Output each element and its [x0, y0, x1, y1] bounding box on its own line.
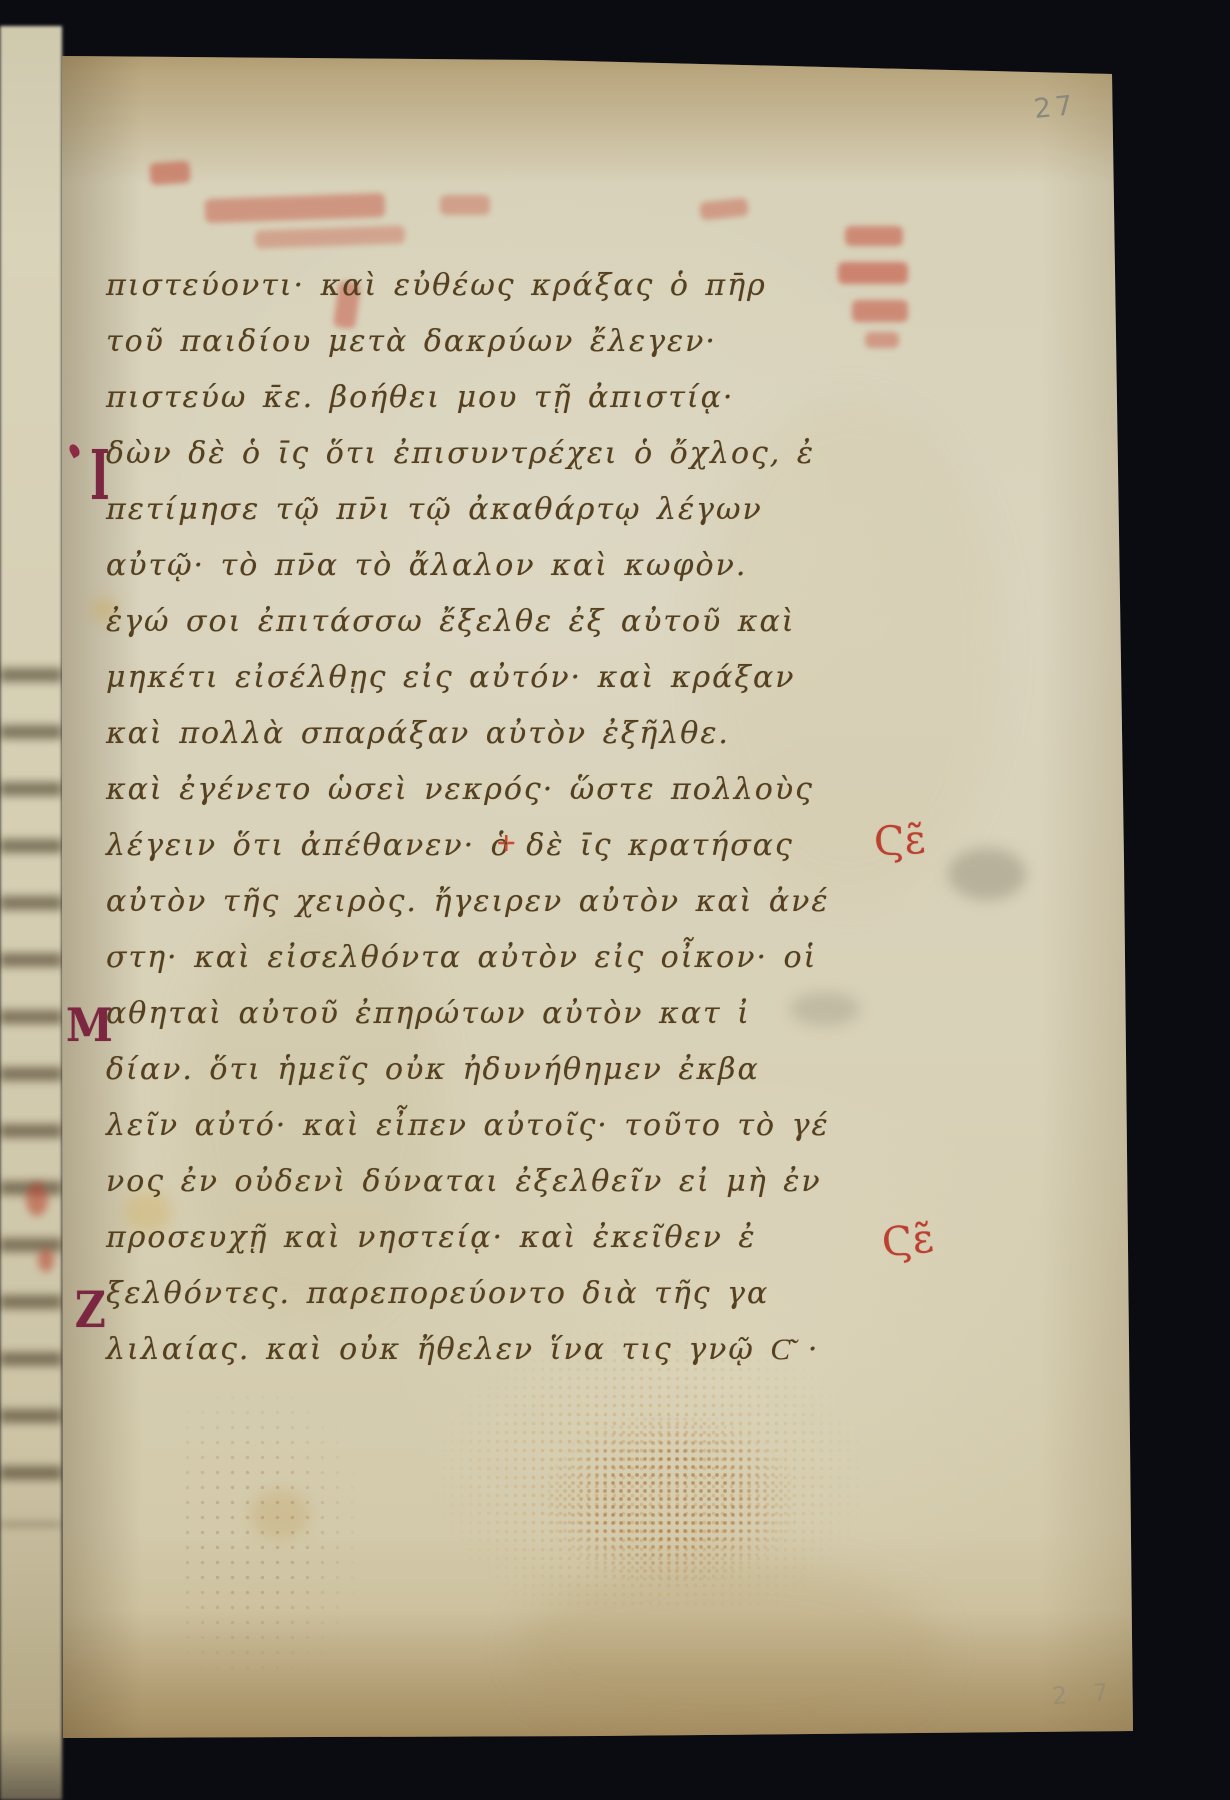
text-line: μηκέτι εἰσέλθῃς εἰς αὐτόν· καὶ κράξαν [106, 660, 866, 716]
text-block: πιστεύοντι· καὶ εὐθέως κράξας ὁ πη̄ρτοῦ … [106, 268, 866, 1388]
manuscript-photo: 27 2 7 πιστεύοντι· καὶ εὐθέως κράξας ὁ π… [0, 0, 1230, 1800]
folio-number: 27 [1032, 90, 1077, 125]
page-edge-browning-top [62, 56, 1118, 186]
initial-apex-mark [67, 443, 81, 459]
text-line: δὼν δὲ ὁ ῑς ὅτι ἐπισυντρέχει ὁ ὄχλος, ἐ [106, 436, 866, 492]
wax-stain [250, 1490, 310, 1540]
initial-letter-iota: Ι [90, 436, 110, 516]
marginal-section-mark: Ϛε̃ [880, 1215, 936, 1266]
ink-offset-smudge [149, 161, 190, 186]
text-line: λιλαίας. καὶ οὐκ ἤθελεν ἵνα τις γνῷ Ϲ͂ · [106, 1332, 866, 1388]
text-line: λέγειν ὅτι ἀπέθανεν· ὁ δὲ ῑς κρατήσας [106, 828, 866, 884]
text-line: καὶ πολλὰ σπαράξαν αὐτὸν ἐξῆλθε. [106, 716, 866, 772]
ink-offset-smudge [26, 1182, 48, 1216]
marginal-section-mark: Ϛε̃ [873, 817, 927, 866]
parchment-speckle [545, 1415, 795, 1585]
text-line: αὐτῷ· τὸ πν̄α τὸ ἄλαλον καὶ κωφὸν. [106, 548, 866, 604]
facing-page-blurred-text [0, 646, 62, 1526]
initial-letter-mu: Μ [66, 998, 113, 1052]
page-edge-shadow-right [1040, 60, 1134, 1736]
ink-offset-smudge [255, 225, 406, 248]
ink-offset-smudge [699, 198, 749, 221]
folio-number-faint: 2 7 [1051, 1678, 1118, 1710]
facing-page-edge [0, 26, 62, 1800]
gray-stain [948, 848, 1026, 900]
text-line: προσευχῇ καὶ νηστείᾳ· καὶ ἐκεῖθεν ἐ [106, 1220, 866, 1276]
text-line: πετίμησε τῷ πν̄ι τῷ ἀκαθάρτῳ λέγων [106, 492, 866, 548]
text-line: πιστεύω κ̄ε. βοήθει μου τῇ ἀπιστίᾳ· [106, 380, 866, 436]
text-line: στη· καὶ εἰσελθόντα αὐτὸν εἰς οἶκον· οἱ [106, 940, 866, 996]
red-cross-mark: ✛ [497, 832, 515, 857]
text-line: αὐτὸν τῆς χειρὸς. ἤγειρεν αὐτὸν καὶ ἀνέ [106, 884, 866, 940]
text-line: ἐγώ σοι ἐπιτάσσω ἔξελθε ἐξ αὐτοῦ καὶ [106, 604, 866, 660]
ink-offset-smudge [440, 195, 490, 215]
text-line: δίαν. ὅτι ἡμεῖς οὐκ ἠδυνήθημεν ἐκβα [106, 1052, 866, 1108]
ink-offset-smudge [38, 1248, 54, 1272]
text-line: νος ἐν οὐδενὶ δύναται ἐξελθεῖν εἰ μὴ ἐν [106, 1164, 866, 1220]
parchment-mottle [520, 1560, 940, 1740]
text-line: τοῦ παιδίου μετὰ δακρύων ἔλεγεν· [106, 324, 866, 380]
ink-offset-smudge [205, 193, 386, 223]
text-line: πιστεύοντι· καὶ εὐθέως κράξας ὁ πη̄ρ [106, 268, 866, 324]
manuscript-page: 27 2 7 πιστεύοντι· καὶ εὐθέως κράξας ὁ π… [0, 0, 1230, 1800]
text-line: ξελθόντες. παρεπορεύοντο διὰ τῆς γα [106, 1276, 866, 1332]
ink-offset-smudge [845, 226, 903, 246]
text-line: αθηταὶ αὐτοῦ ἐπηρώτων αὐτὸν κατ ἰ [106, 996, 866, 1052]
initial-letter-zeta: Ζ [75, 1280, 106, 1339]
ink-offset-smudge [865, 332, 899, 348]
text-line: λεῖν αὐτό· καὶ εἶπεν αὐτοῖς· τοῦτο τὸ γέ [106, 1108, 866, 1164]
text-line: καὶ ἐγένετο ὡσεὶ νεκρός· ὥστε πολλοὺς [106, 772, 866, 828]
